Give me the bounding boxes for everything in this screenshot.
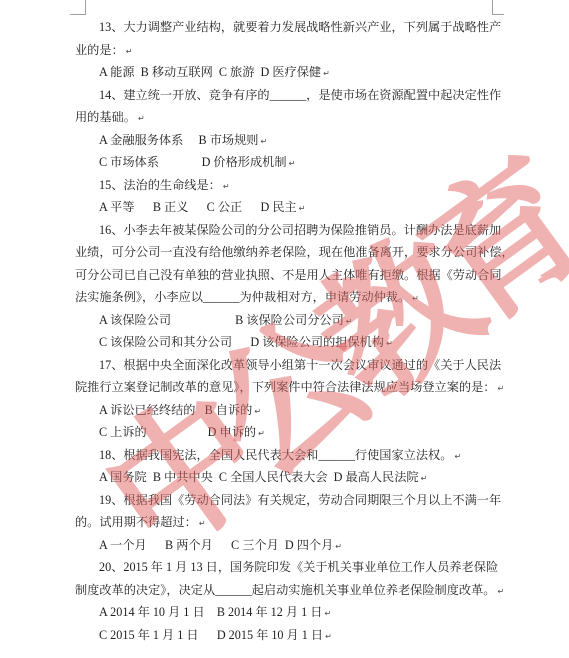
document-line: A 一个月 B 两个月 C 三个月 D 四个月↵ — [75, 534, 491, 557]
document-line: 20、2015 年 1 月 13 日，国务院印发《关于机关事业单位工作人员养老保… — [75, 556, 491, 579]
document-line: C 市场体系 D 价格形成机制↵ — [75, 151, 491, 174]
line-text: 20、2015 年 1 月 13 日，国务院印发《关于机关事业单位工作人员养老保… — [99, 560, 498, 574]
line-text: C 2015 年 1 月 1 日 D 2015 年 10 月 1 日 — [99, 628, 323, 642]
document-line: C 该保险公司和其分公司 D 该保险公司的担保机构↵ — [75, 331, 491, 354]
paragraph-mark-icon: ↵ — [258, 429, 265, 438]
document-line: C 上诉的 D 申诉的↵ — [75, 421, 491, 444]
document-line: 法实施条例》，小李应以______为仲裁相对方，申请劳动仲裁。↵ — [75, 286, 491, 309]
document-line: 19、根据我国《劳动合同法》有关规定，劳动合同期限三个月以上不满一年 — [75, 489, 491, 512]
paragraph-mark-icon: ↵ — [324, 609, 331, 618]
paragraph-mark-icon: ↵ — [260, 137, 267, 146]
line-text: 16、小李去年被某保险公司的分公司招聘为保险推销员。计酬办法是底薪加 — [99, 223, 501, 237]
paragraph-mark-icon: ↵ — [421, 474, 428, 483]
paragraph-mark-icon: ↵ — [386, 339, 393, 348]
margin-crop-mark-left — [70, 0, 86, 15]
document-line: C 2015 年 1 月 1 日 D 2015 年 10 月 1 日↵ — [75, 624, 491, 647]
paragraph-mark-icon: ↵ — [325, 632, 332, 641]
line-text: A 一个月 B 两个月 C 三个月 D 四个月 — [99, 538, 333, 552]
document-line: 院推行立案登记制改革的意见》，下列案件中符合法律法规应当场登立案的是：↵ — [75, 376, 491, 399]
document-line: A 平等 B 正义 C 公正 D 民主↵ — [75, 196, 491, 219]
document-line: 制度改革的决定》，决定从______起启动实施机关事业单位养老保险制度改革。↵ — [75, 579, 491, 602]
paragraph-mark-icon: ↵ — [454, 452, 461, 461]
document-line: A 诉讼已经终结的 B 自诉的↵ — [75, 399, 491, 422]
paragraph-mark-icon: ↵ — [497, 587, 504, 596]
document-line: 用的基础。↵ — [75, 106, 491, 129]
line-text: 19、根据我国《劳动合同法》有关规定，劳动合同期限三个月以上不满一年 — [99, 493, 501, 507]
document-page: 13、大力调整产业结构，就要着力发展战略性新兴产业，下列属于战略性产业的是：↵A… — [0, 0, 569, 658]
document-line: 17、根据中央全面深化改革领导小组第十一次会议审议通过的《关于人民法 — [75, 354, 491, 377]
document-line: A 该保险公司 B 该保险公司分公司↵ — [75, 309, 491, 332]
line-text: A 该保险公司 B 该保险公司分公司 — [99, 313, 344, 327]
paragraph-mark-icon: ↵ — [335, 542, 342, 551]
line-text: 15、法治的生命线是： — [99, 178, 221, 192]
line-text: 院推行立案登记制改革的意见》，下列案件中符合法律法规应当场登立案的是： — [75, 380, 495, 394]
line-text: C 市场体系 D 价格形成机制 — [99, 155, 287, 169]
document-line: 15、法治的生命线是：↵ — [75, 174, 491, 197]
line-text: 的。试用期不得超过： — [75, 515, 197, 529]
document-line: 可分公司已自己没有单独的营业执照、不是用人主体唯有拒缴。根据《劳动合同 — [75, 264, 491, 287]
document-line: A 国务院 B 中共中央 C 全国人民代表大会 D 最高人民法院↵ — [75, 466, 491, 489]
paragraph-mark-icon: ↵ — [223, 182, 230, 191]
line-text: A 平等 B 正义 C 公正 D 民主 — [99, 200, 297, 214]
line-text: C 上诉的 D 申诉的 — [99, 425, 256, 439]
line-text: A 能源 B 移动互联网 C 旅游 D 医疗保健 — [99, 65, 321, 79]
paragraph-mark-icon: ↵ — [126, 47, 133, 56]
line-text: A 金融服务体系 B 市场规则 — [99, 133, 258, 147]
line-text: A 国务院 B 中共中央 C 全国人民代表大会 D 最高人民法院 — [99, 470, 419, 484]
document-line: A 能源 B 移动互联网 C 旅游 D 医疗保健↵ — [75, 61, 491, 84]
line-text: A 诉讼已经终结的 B 自诉的 — [99, 403, 252, 417]
margin-crop-mark-right — [492, 0, 504, 15]
paragraph-mark-icon: ↵ — [497, 384, 504, 393]
document-line: A 金融服务体系 B 市场规则↵ — [75, 129, 491, 152]
line-text: 14、建立统一开放、竞争有序的______，是使市场在资源配置中起决定性作 — [99, 88, 501, 102]
line-text: 可分公司已自己没有单独的营业执照、不是用人主体唯有拒缴。根据《劳动合同 — [75, 268, 502, 282]
document-line: A 2014 年 10 月 1 日 B 2014 年 12 月 1 日↵ — [75, 601, 491, 624]
document-line: 的。试用期不得超过：↵ — [75, 511, 491, 534]
paragraph-mark-icon: ↵ — [138, 114, 145, 123]
line-text: 用的基础。 — [75, 110, 136, 124]
paragraph-mark-icon: ↵ — [254, 407, 261, 416]
document-line: 14、建立统一开放、竞争有序的______，是使市场在资源配置中起决定性作 — [75, 84, 491, 107]
document-line: 13、大力调整产业结构，就要着力发展战略性新兴产业，下列属于战略性产 — [75, 16, 491, 39]
paragraph-mark-icon: ↵ — [346, 317, 353, 326]
document-line: 业绩，可分公司一直没有给他缴纳养老保险，现在他准备离开，要求分公司补偿， — [75, 241, 491, 264]
line-text: 18、根据我国宪法，全国人民代表大会和______行使国家立法权。 — [99, 448, 452, 462]
document-line: 业的是：↵ — [75, 39, 491, 62]
document-line: 18、根据我国宪法，全国人民代表大会和______行使国家立法权。↵ — [75, 444, 491, 467]
document-line: 16、小李去年被某保险公司的分公司招聘为保险推销员。计酬办法是底薪加 — [75, 219, 491, 242]
line-text: A 2014 年 10 月 1 日 B 2014 年 12 月 1 日 — [99, 605, 322, 619]
paragraph-mark-icon: ↵ — [289, 159, 296, 168]
paragraph-mark-icon: ↵ — [412, 294, 419, 303]
line-text: 业绩，可分公司一直没有给他缴纳养老保险，现在他准备离开，要求分公司补偿， — [75, 245, 514, 259]
document-text[interactable]: 13、大力调整产业结构，就要着力发展战略性新兴产业，下列属于战略性产业的是：↵A… — [75, 16, 491, 646]
line-text: 17、根据中央全面深化改革领导小组第十一次会议审议通过的《关于人民法 — [99, 358, 501, 372]
paragraph-mark-icon: ↵ — [299, 204, 306, 213]
paragraph-mark-icon: ↵ — [199, 519, 206, 528]
line-text: 13、大力调整产业结构，就要着力发展战略性新兴产业，下列属于战略性产 — [99, 20, 501, 34]
line-text: 法实施条例》，小李应以______为仲裁相对方，申请劳动仲裁。 — [75, 290, 410, 304]
line-text: 制度改革的决定》，决定从______起启动实施机关事业单位养老保险制度改革。 — [75, 583, 495, 597]
paragraph-mark-icon: ↵ — [323, 69, 330, 78]
line-text: C 该保险公司和其分公司 D 该保险公司的担保机构 — [99, 335, 384, 349]
line-text: 业的是： — [75, 43, 124, 57]
